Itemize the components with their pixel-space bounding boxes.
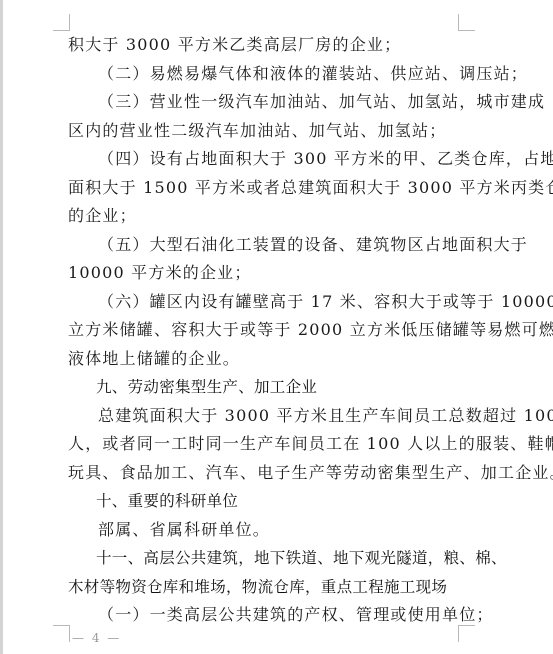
text-line: 10000 平方米的企业； [68,259,463,288]
text-line: 液体地上储罐的企业。 [68,345,463,374]
list-item-5: （五）大型石油化工装置的设备、建筑物区占地面积大于 [68,231,463,260]
text-line: 积大于 3000 平方米乙类高层厂房的企业； [68,31,463,60]
list-item-1: （一）一类高层公共建筑的产权、管理或使用单位； [68,601,463,630]
text-line: 玩具、食品加工、汽车、电子生产等劳动密集型生产、加工企业。 [68,459,463,488]
list-item-4: （四）设有占地面积大于 300 平方米的甲、乙类仓库，占地 [68,145,463,174]
text-line: 总建筑面积大于 3000 平方米且生产车间员工总数超过 1000 [68,402,463,431]
text-line: 区内的营业性二级汽车加油站、加气站、加氢站； [68,117,463,146]
crop-mark-top-right [458,14,475,31]
page-number: — 4 — [72,631,121,645]
text-line: 面积大于 1500 平方米或者总建筑面积大于 3000 平方米丙类仓库 [68,174,463,203]
list-item-6: （六）罐区内设有罐壁高于 17 米、容积大于或等于 10000 [68,288,463,317]
text-line: 人，或者同一工时同一生产车间员工在 100 人以上的服装、鞋帽、 [68,430,463,459]
list-item-3: （三）营业性一级汽车加油站、加气站、加氢站，城市建成 [68,88,463,117]
page-left-border [0,0,3,654]
list-item-2: （二）易燃易爆气体和液体的灌装站、供应站、调压站； [68,60,463,89]
section-heading-9: 九、劳动密集型生产、加工企业 [68,373,463,402]
section-heading-11-cont: 木材等物资仓库和堆场，物流仓库，重点工程施工现场 [68,573,463,602]
document-body: 积大于 3000 平方米乙类高层厂房的企业； （二）易燃易爆气体和液体的灌装站、… [68,31,463,630]
text-line: 的企业； [68,202,463,231]
text-line: 部属、省属科研单位。 [68,516,463,545]
crop-mark-top-left [53,14,70,31]
text-line: 立方米储罐、容积大于或等于 2000 立方米低压储罐等易燃可燃 [68,316,463,345]
section-heading-10: 十、重要的科研单位 [68,487,463,516]
section-heading-11: 十一、高层公共建筑，地下铁道、地下观光隧道，粮、棉、 [68,544,463,573]
